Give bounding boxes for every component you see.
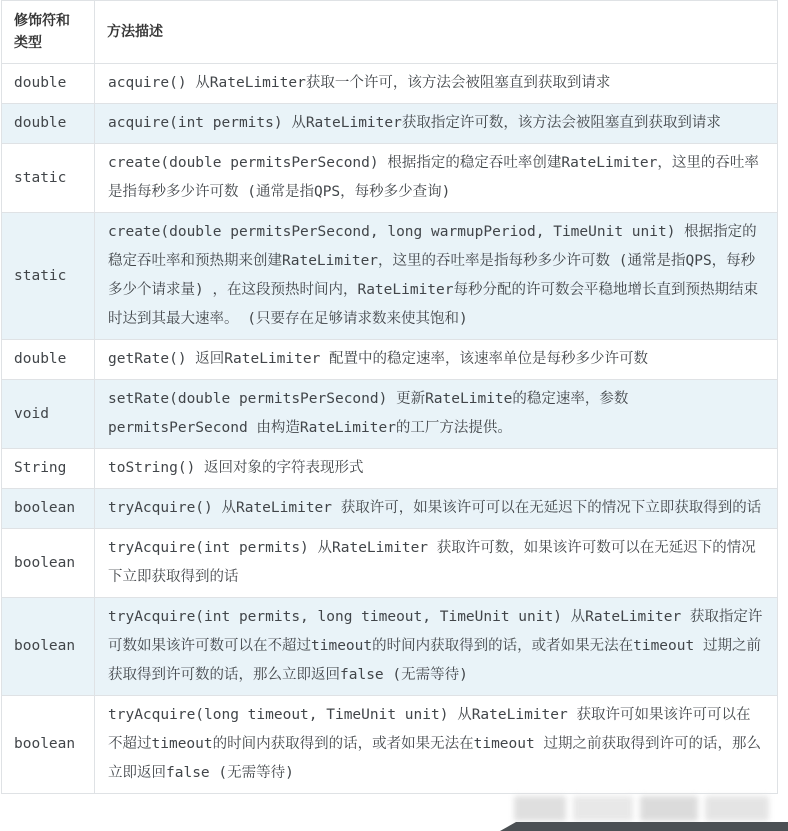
table-row: void setRate(double permitsPerSecond) 更新… xyxy=(2,380,778,449)
table-row: boolean tryAcquire(int permits) 从RateLim… xyxy=(2,529,778,598)
method-description-cell: tryAcquire(int permits) 从RateLimiter 获取许… xyxy=(95,529,778,598)
watermark-block xyxy=(573,796,633,821)
modifier-type-cell: static xyxy=(2,144,95,213)
watermark-block xyxy=(514,796,566,821)
method-description-cell: tryAcquire(long timeout, TimeUnit unit) … xyxy=(95,696,778,794)
method-description-cell: create(double permitsPerSecond, long war… xyxy=(95,213,778,340)
modifier-type-cell: boolean xyxy=(2,598,95,696)
method-description-cell: acquire() 从RateLimiter获取一个许可，该方法会被阻塞直到获取… xyxy=(95,64,778,104)
blurred-watermark xyxy=(514,796,776,821)
column-header-modifier-type: 修饰符和类型 xyxy=(2,1,95,64)
modifier-type-cell: void xyxy=(2,380,95,449)
table-row: boolean tryAcquire() 从RateLimiter 获取许可，如… xyxy=(2,489,778,529)
method-description-cell: tryAcquire(int permits, long timeout, Ti… xyxy=(95,598,778,696)
table-header-row: 修饰符和类型 方法描述 xyxy=(2,1,778,64)
method-description-cell: create(double permitsPerSecond) 根据指定的稳定吞… xyxy=(95,144,778,213)
watermark-block xyxy=(640,796,698,821)
documentation-page: 修饰符和类型 方法描述 double acquire() 从RateLimite… xyxy=(0,0,788,831)
table-row: double acquire() 从RateLimiter获取一个许可，该方法会… xyxy=(2,64,778,104)
modifier-type-cell: double xyxy=(2,340,95,380)
modifier-type-cell: boolean xyxy=(2,529,95,598)
table-row: double acquire(int permits) 从RateLimiter… xyxy=(2,104,778,144)
method-description-cell: setRate(double permitsPerSecond) 更新RateL… xyxy=(95,380,778,449)
table-row: boolean tryAcquire(long timeout, TimeUni… xyxy=(2,696,778,794)
ratelimiter-methods-table: 修饰符和类型 方法描述 double acquire() 从RateLimite… xyxy=(1,0,778,794)
table-row: String toString() 返回对象的字符表现形式 xyxy=(2,449,778,489)
method-description-cell: tryAcquire() 从RateLimiter 获取许可，如果该许可可以在无… xyxy=(95,489,778,529)
modifier-type-cell: String xyxy=(2,449,95,489)
modifier-type-cell: boolean xyxy=(2,489,95,529)
method-description-cell: getRate() 返回RateLimiter 配置中的稳定速率，该速率单位是每… xyxy=(95,340,778,380)
column-header-method-description: 方法描述 xyxy=(95,1,778,64)
watermark-block xyxy=(705,796,769,821)
table-row: static create(double permitsPerSecond) 根… xyxy=(2,144,778,213)
modifier-type-cell: double xyxy=(2,104,95,144)
method-description-cell: acquire(int permits) 从RateLimiter获取指定许可数… xyxy=(95,104,778,144)
table-row: boolean tryAcquire(int permits, long tim… xyxy=(2,598,778,696)
modifier-type-cell: static xyxy=(2,213,95,340)
method-description-cell: toString() 返回对象的字符表现形式 xyxy=(95,449,778,489)
modifier-type-cell: double xyxy=(2,64,95,104)
table-row: double getRate() 返回RateLimiter 配置中的稳定速率，… xyxy=(2,340,778,380)
modifier-type-cell: boolean xyxy=(2,696,95,794)
watermark-bar xyxy=(500,822,788,831)
table-row: static create(double permitsPerSecond, l… xyxy=(2,213,778,340)
